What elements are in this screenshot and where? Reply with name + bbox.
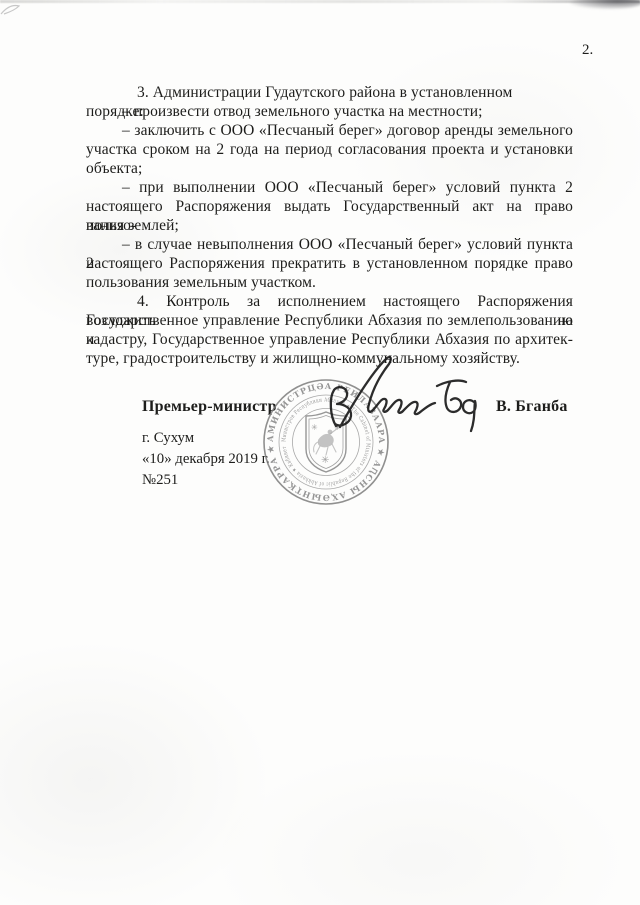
seal-star-icon: ✳ xyxy=(311,423,318,432)
page-number: 2. xyxy=(582,42,593,58)
official-seal-stamp-icon: АМИНИСТРЦӘА РЕИЛАЗААРА ★ АԤСНЫ АҲӘЫНҬҚАР… xyxy=(263,379,389,505)
scan-artifact-top-edge xyxy=(0,0,640,3)
document-place: г. Сухум xyxy=(142,430,194,447)
seal-star-icon: ✳ xyxy=(334,423,341,432)
signer-name: В. Бганба xyxy=(496,398,568,416)
seal-star-icon: ✳ xyxy=(321,455,329,466)
doc-line: кадастру, Государственное управление Рес… xyxy=(86,330,573,349)
document-page: 2. 3. Администрации Гудаутского района в… xyxy=(0,0,640,905)
document-number: №251 xyxy=(142,472,178,489)
signer-role: Премьер-министр xyxy=(142,398,277,416)
doc-line: настоящего Распоряжения выдать Государст… xyxy=(86,197,573,216)
document-date: «10» декабря 2019 г. xyxy=(142,451,270,468)
doc-line: – при выполнении ООО «Песчаный берег» ус… xyxy=(86,178,573,197)
doc-line: Государственное управление Республики Аб… xyxy=(86,311,573,330)
doc-line: 3. Администрации Гудаутского района в ус… xyxy=(86,83,573,102)
doc-line: – в случае невыполнения ООО «Песчаный бе… xyxy=(86,235,573,254)
scan-artifact-top-left-mark xyxy=(1,5,19,14)
doc-line: настоящего Распоряжения прекратить в уст… xyxy=(86,254,573,273)
doc-line: – произвести отвод земельного участка на… xyxy=(86,102,573,121)
doc-line: пользования земельным участком. xyxy=(86,273,573,292)
scan-artifact-top-right-smudge xyxy=(570,0,640,9)
document-body: 3. Администрации Гудаутского района в ус… xyxy=(86,83,573,368)
doc-line: вания землей; xyxy=(86,216,573,235)
doc-line: объекта; xyxy=(86,159,573,178)
doc-line: – заключить с ООО «Песчаный берег» догов… xyxy=(86,121,573,140)
doc-line: туре, градостроительству и жилищно-комму… xyxy=(86,349,573,368)
seal-coat-of-arms-icon: ✳ ✳ ✳ xyxy=(306,412,346,472)
doc-line: участка сроком на 2 года на период согла… xyxy=(86,140,573,159)
doc-line: 4. Контроль за исполнением настоящего Ра… xyxy=(86,292,573,311)
